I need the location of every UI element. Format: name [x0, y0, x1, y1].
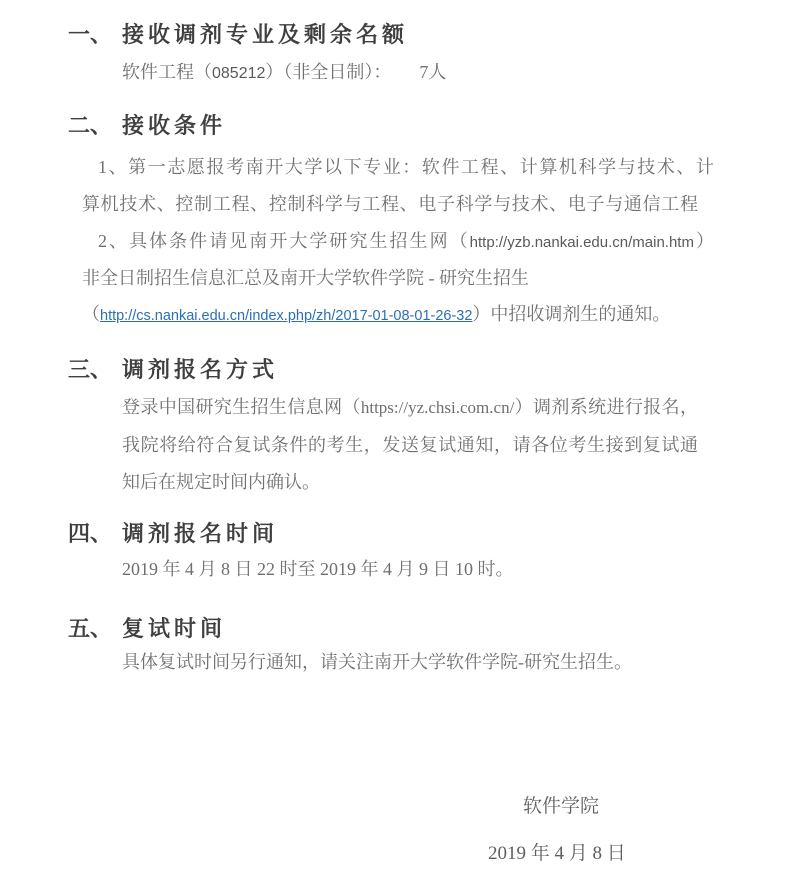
- condition-1-line-2: 算机技术、控制工程、控制科学与工程、电子科学与技术、电子与通信工程: [82, 192, 698, 216]
- link-open-paren: （: [82, 304, 100, 324]
- apply-method-text-2: ）调剂系统进行报名，: [514, 397, 698, 417]
- condition-2-line-2: 非全日制招生信息汇总及南开大学软件学院 - 研究生招生: [82, 266, 698, 290]
- signature-date: 2019 年 4 月 8 日: [488, 838, 626, 865]
- retest-time-text: 具体复试时间另行通知，请关注南开大学软件学院-研究生招生。: [122, 650, 632, 674]
- apply-time-text: 2019 年 4 月 8 日 22 时至 2019 年 4 月 9 日 10 时…: [122, 557, 514, 581]
- condition-2-close-paren: ）: [694, 231, 714, 251]
- apply-method-text: 登录中国研究生招生信息网（: [122, 397, 361, 417]
- section-5-number: 五、: [68, 612, 122, 643]
- major-mode-text: ）（非全日制）：: [265, 62, 391, 82]
- section-1-heading: 一、接收调剂专业及剩余名额: [68, 18, 408, 49]
- section-2-title: 接收条件: [122, 113, 226, 138]
- section-4-heading: 四、调剂报名时间: [68, 517, 278, 548]
- cs-nankai-hyperlink[interactable]: http://cs.nankai.edu.cn/index.php/zh/201…: [100, 308, 472, 324]
- condition-2-text: 2、具体条件请见南开大学研究生招生网（: [98, 231, 470, 251]
- major-name-text: 软件工程（: [122, 62, 212, 82]
- section-3-title: 调剂报名方式: [122, 357, 278, 382]
- section-1-number: 一、: [68, 18, 122, 49]
- condition-2-line-1: 2、具体条件请见南开大学研究生招生网（http://yzb.nankai.edu…: [82, 229, 714, 255]
- chsi-url-text: https://yz.chsi.com.cn/: [361, 398, 514, 417]
- apply-method-line-3: 知后在规定时间内确认。: [122, 470, 698, 494]
- quota-value: 7人: [419, 62, 446, 82]
- major-code: 085212: [212, 65, 265, 82]
- section-1-title: 接收调剂专业及剩余名额: [122, 22, 408, 47]
- section-3-heading: 三、调剂报名方式: [68, 353, 278, 384]
- yzb-url-text: http://yzb.nankai.edu.cn/main.htm: [470, 234, 694, 251]
- section-4-number: 四、: [68, 517, 122, 548]
- signature-org: 软件学院: [523, 791, 599, 818]
- section-3-number: 三、: [68, 353, 122, 384]
- condition-2-line-3: （http://cs.nankai.edu.cn/index.php/zh/20…: [82, 302, 722, 328]
- apply-method-line-1: 登录中国研究生招生信息网（https://yz.chsi.com.cn/）调剂系…: [122, 395, 698, 420]
- condition-1-line-1: 1、第一志愿报考南开大学以下专业：软件工程、计算机科学与技术、计: [82, 155, 714, 179]
- section-2-number: 二、: [68, 109, 122, 140]
- notice-tail-text: 中招收调剂生的通知。: [490, 304, 670, 324]
- section-2-heading: 二、接收条件: [68, 109, 226, 140]
- document-page: 一、接收调剂专业及剩余名额 软件工程（085212）（非全日制）：7人 二、接收…: [0, 0, 786, 884]
- section-5-title: 复试时间: [122, 616, 226, 641]
- section-4-title: 调剂报名时间: [122, 521, 278, 546]
- section-1-body: 软件工程（085212）（非全日制）：7人: [122, 60, 446, 86]
- apply-method-line-2: 我院将给符合复试条件的考生，发送复试通知，请各位考生接到复试通: [122, 433, 698, 457]
- section-5-heading: 五、复试时间: [68, 612, 226, 643]
- link-close-paren: ）: [472, 304, 490, 324]
